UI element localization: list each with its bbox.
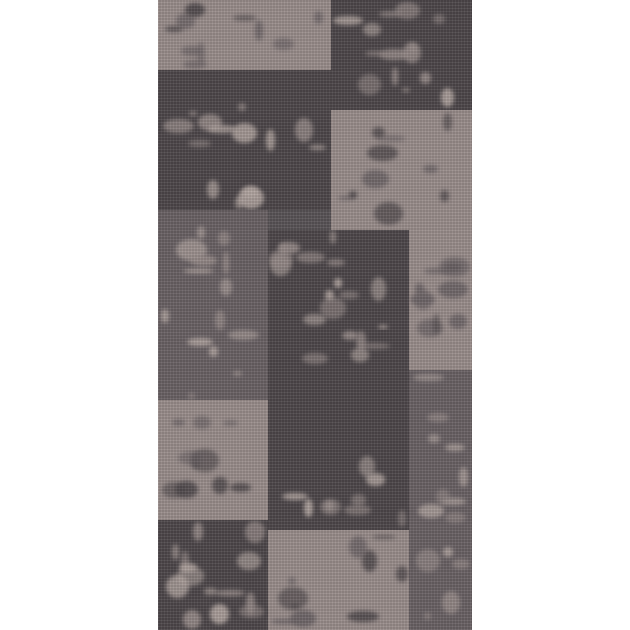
distress-mark	[188, 392, 194, 400]
distress-mark	[374, 202, 403, 225]
distress-mark	[359, 343, 390, 349]
distress-mark	[398, 510, 406, 527]
distress-mark	[330, 230, 336, 244]
distress-mark	[204, 588, 216, 595]
distress-mark	[372, 535, 396, 539]
distress-mark	[183, 610, 201, 629]
distress-mark	[163, 119, 194, 133]
distress-mark	[349, 191, 357, 199]
distress-mark	[220, 278, 232, 296]
distress-mark	[439, 257, 470, 277]
distress-mark	[209, 346, 218, 357]
distress-mark	[362, 170, 389, 188]
distress-mark	[295, 118, 313, 141]
distress-mark	[246, 592, 255, 614]
distress-mark	[278, 587, 308, 610]
distress-mark	[402, 88, 410, 92]
distress-mark	[395, 2, 420, 19]
distress-mark	[452, 559, 470, 569]
distress-mark	[232, 123, 258, 143]
distress-mark	[175, 481, 198, 498]
distress-mark	[445, 512, 466, 523]
distress-mark	[351, 494, 366, 506]
distress-mark	[378, 325, 388, 329]
rug-block-middle-right-light	[409, 230, 472, 370]
distress-mark	[436, 489, 450, 505]
distress-mark	[416, 549, 440, 572]
distress-mark	[449, 314, 467, 328]
distress-mark	[210, 604, 228, 624]
distress-mark	[190, 255, 217, 266]
distress-mark	[266, 129, 275, 151]
rug-block-middle-dark	[268, 230, 409, 330]
rug-block-upper-left-dark	[158, 70, 331, 210]
distress-mark	[342, 331, 358, 340]
distress-mark	[187, 338, 213, 346]
distress-mark	[282, 493, 309, 500]
distress-mark	[433, 14, 445, 24]
distress-mark	[245, 521, 264, 543]
distress-mark	[438, 281, 468, 299]
rug-block-top-left-light	[158, 0, 331, 70]
distress-mark	[172, 544, 179, 560]
rug	[158, 0, 472, 630]
distress-mark	[362, 550, 377, 572]
distress-mark	[428, 434, 440, 443]
distress-mark	[161, 309, 169, 323]
distress-mark	[442, 591, 460, 614]
distress-mark	[440, 190, 449, 202]
rug-block-lower-left-light	[158, 400, 268, 520]
distress-mark	[418, 504, 444, 518]
distress-mark	[185, 3, 206, 17]
distress-mark	[320, 499, 341, 516]
distress-mark	[172, 419, 184, 426]
distress-mark	[273, 38, 295, 50]
rug-block-bottom-center-light	[268, 530, 409, 630]
distress-mark	[314, 11, 323, 24]
distress-mark	[424, 612, 431, 620]
rug-block-bottom-left-dark	[158, 520, 268, 630]
distress-mark	[215, 310, 225, 330]
distress-mark	[223, 420, 238, 426]
distress-mark	[296, 252, 325, 263]
distress-mark	[237, 552, 261, 570]
distress-mark	[228, 330, 259, 340]
distress-mark	[433, 314, 439, 334]
distress-mark	[420, 72, 432, 84]
distress-mark	[233, 371, 242, 375]
distress-mark	[427, 413, 449, 422]
distress-mark	[347, 611, 378, 622]
distress-mark	[215, 590, 245, 596]
distress-mark	[325, 290, 333, 300]
distress-mark	[255, 20, 263, 42]
distress-mark	[358, 74, 381, 95]
rug-block-left-mid-dark	[158, 210, 268, 400]
distress-mark	[327, 259, 345, 266]
distress-mark	[223, 251, 229, 275]
distress-mark	[188, 140, 212, 147]
distress-mark	[371, 277, 386, 301]
distress-mark	[235, 197, 242, 208]
distress-mark	[309, 145, 326, 151]
distress-mark	[302, 353, 328, 364]
distress-mark	[403, 42, 421, 63]
distress-mark	[183, 269, 214, 273]
distress-mark	[177, 566, 204, 585]
distress-mark	[459, 467, 468, 487]
rug-block-upper-right-light	[331, 110, 472, 230]
distress-mark	[413, 374, 444, 382]
distress-mark	[344, 505, 370, 515]
distress-mark	[189, 111, 197, 116]
distress-mark	[178, 451, 208, 466]
distress-mark	[334, 278, 341, 287]
distress-mark	[304, 499, 313, 518]
distress-mark	[392, 67, 398, 86]
distress-mark	[396, 566, 409, 582]
distress-mark	[279, 243, 287, 254]
distress-mark	[333, 16, 362, 25]
distress-mark	[366, 473, 385, 485]
distress-mark	[443, 547, 453, 557]
distress-mark	[193, 416, 211, 429]
distress-mark	[230, 483, 251, 493]
distress-mark	[410, 294, 435, 304]
distress-mark	[193, 522, 203, 541]
distress-mark	[363, 23, 381, 36]
distress-mark	[207, 180, 219, 199]
distress-mark	[212, 477, 227, 494]
rug-block-lower-right-dark	[409, 370, 472, 630]
distress-mark	[367, 145, 398, 161]
distress-mark	[208, 125, 236, 133]
distress-mark	[445, 444, 466, 452]
distress-mark	[423, 165, 438, 174]
distress-mark	[233, 15, 256, 21]
distress-mark	[271, 619, 299, 624]
distress-mark	[441, 88, 454, 107]
distress-mark	[165, 26, 183, 32]
rug-block-lower-center-dark	[268, 330, 409, 530]
distress-mark	[288, 577, 296, 585]
distress-mark	[303, 314, 325, 325]
distress-mark	[218, 231, 230, 246]
distress-mark	[197, 226, 205, 239]
distress-mark	[339, 291, 360, 299]
distress-mark	[238, 103, 246, 110]
distress-mark	[443, 113, 452, 132]
rug-block-top-right-dark	[331, 0, 472, 110]
